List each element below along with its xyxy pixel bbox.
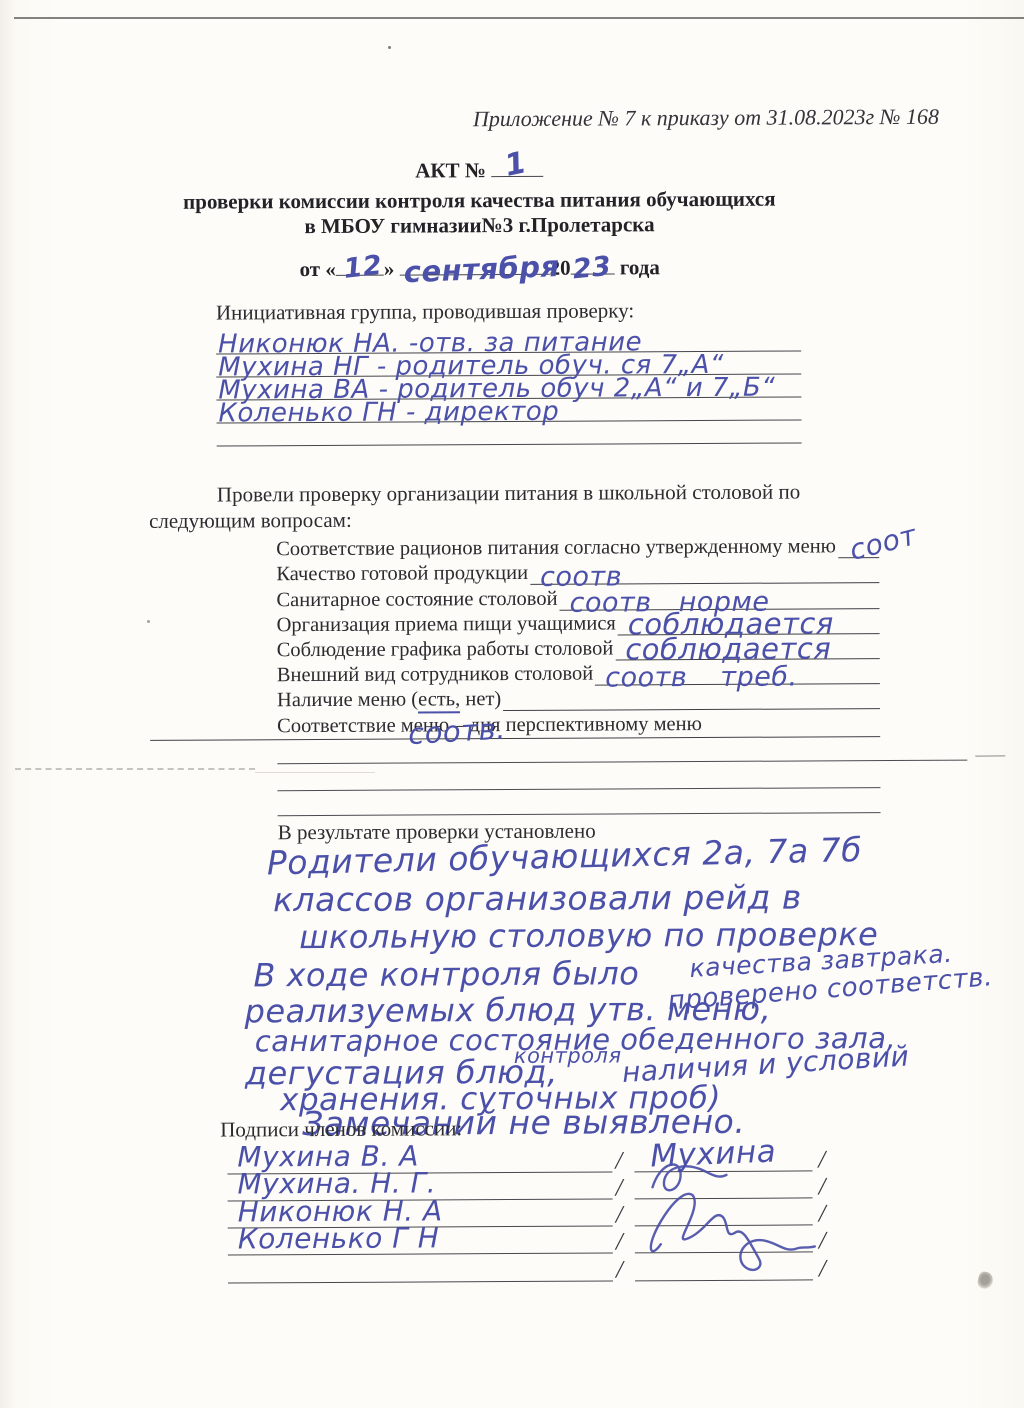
answer-blank: соблюдается bbox=[615, 638, 880, 660]
checklist-row: Внешний вид сотрудников столовой соотв т… bbox=[277, 659, 880, 687]
blank-line bbox=[278, 812, 881, 816]
initiative-member-lines: Никонюк НА. -отв. за питание Мухина НГ -… bbox=[216, 328, 802, 446]
intro-paragraph: Провели проверку организации питания в ш… bbox=[149, 478, 909, 534]
date-month-handwritten: сентября bbox=[403, 252, 560, 287]
date-line: от «12» сентября2023 года bbox=[0, 254, 962, 284]
blank-line bbox=[277, 760, 967, 765]
result-handwritten-line: классов организовали рейд в bbox=[273, 880, 802, 916]
title-line-3: в МБОУ гимназии№3 г.Пролетарска bbox=[0, 211, 962, 241]
answer-blank: соотв треб. bbox=[595, 663, 880, 685]
checklist: Соответствие рационов питания согласно у… bbox=[276, 533, 880, 738]
date-year-blank: 23 bbox=[571, 255, 615, 274]
answer-blank: соот bbox=[838, 537, 879, 558]
signatures-section-label: Подписи членов комиссии: bbox=[220, 1116, 462, 1142]
slash-separator: / bbox=[616, 1228, 623, 1256]
date-day-handwritten: 12 bbox=[342, 252, 383, 283]
signature-name-line bbox=[228, 1280, 613, 1283]
checklist-label: Наличие меню (есть, нет) bbox=[277, 688, 501, 712]
act-number-blank: 1 bbox=[491, 158, 543, 177]
slash-separator: / bbox=[615, 1174, 622, 1202]
member-line: Коленько ГН - директор bbox=[216, 397, 801, 423]
slash-separator: / bbox=[616, 1201, 623, 1229]
checklist-row: Качество готовой продукции соотв bbox=[276, 558, 879, 586]
checklist-label: Внешний вид сотрудников столовой bbox=[277, 663, 593, 688]
answer-handwritten: соблюдается bbox=[625, 634, 831, 664]
checklist-row: Соответствие рационов питания согласно у… bbox=[276, 533, 879, 561]
result-handwritten-line: В ходе контроля было bbox=[253, 957, 639, 991]
act-title-line: АКТ № 1 bbox=[0, 156, 961, 186]
act-label: АКТ № bbox=[415, 158, 486, 182]
checklist-row: Соблюдение графика работы столовой соблю… bbox=[277, 634, 880, 662]
scanned-document-page: Приложение № 7 к приказу от 31.08.2023г … bbox=[0, 0, 1024, 1408]
date-year-handwritten: 23 bbox=[571, 253, 612, 283]
answer-blank bbox=[503, 688, 880, 711]
answer-handwritten: соотв. bbox=[407, 715, 506, 750]
slash-separator: / bbox=[616, 1256, 623, 1284]
checklist-label: Соответствие рационов питания согласно у… bbox=[276, 535, 836, 561]
member-line-empty bbox=[217, 420, 802, 446]
answer-blank: соотв bbox=[530, 562, 879, 585]
date-month-blank: сентября bbox=[400, 256, 550, 276]
checklist-row: Наличие меню (есть, нет) bbox=[277, 684, 880, 712]
blank-line bbox=[277, 787, 880, 791]
date-day-blank: 12 bbox=[336, 257, 384, 276]
commission-member-name: Коленько Г Н bbox=[238, 1224, 440, 1253]
result-handwritten-line: контроля bbox=[514, 1045, 622, 1067]
checklist-label: Качество готовой продукции bbox=[276, 562, 528, 586]
checklist-label: Организация приема пищи учащимися bbox=[277, 612, 616, 637]
date-suffix: года bbox=[620, 255, 660, 279]
pen-underlined-option: есть, bbox=[418, 689, 460, 714]
signature-sign-line bbox=[635, 1279, 813, 1281]
answer-continuation-line: соотв. bbox=[150, 714, 880, 741]
date-prefix: от « bbox=[299, 257, 335, 281]
signature-scribbles bbox=[630, 1148, 841, 1279]
checklist-label: Соблюдение графика работы столовой bbox=[277, 637, 614, 662]
answer-handwritten: соотв треб. bbox=[605, 664, 797, 692]
date-close-quote: » bbox=[384, 257, 395, 281]
label-part: нет) bbox=[460, 688, 501, 710]
act-number-handwritten: 1 bbox=[502, 148, 529, 182]
appendix-reference-line: Приложение № 7 к приказу от 31.08.2023г … bbox=[297, 104, 939, 133]
blank-line-faint bbox=[975, 755, 1005, 756]
label-part: Наличие меню ( bbox=[277, 689, 418, 712]
slash-separator: / bbox=[615, 1147, 622, 1175]
checklist-label: Санитарное состояние столовой bbox=[276, 587, 557, 611]
initiative-group-label: Инициативная группа, проводившая проверк… bbox=[216, 298, 634, 325]
